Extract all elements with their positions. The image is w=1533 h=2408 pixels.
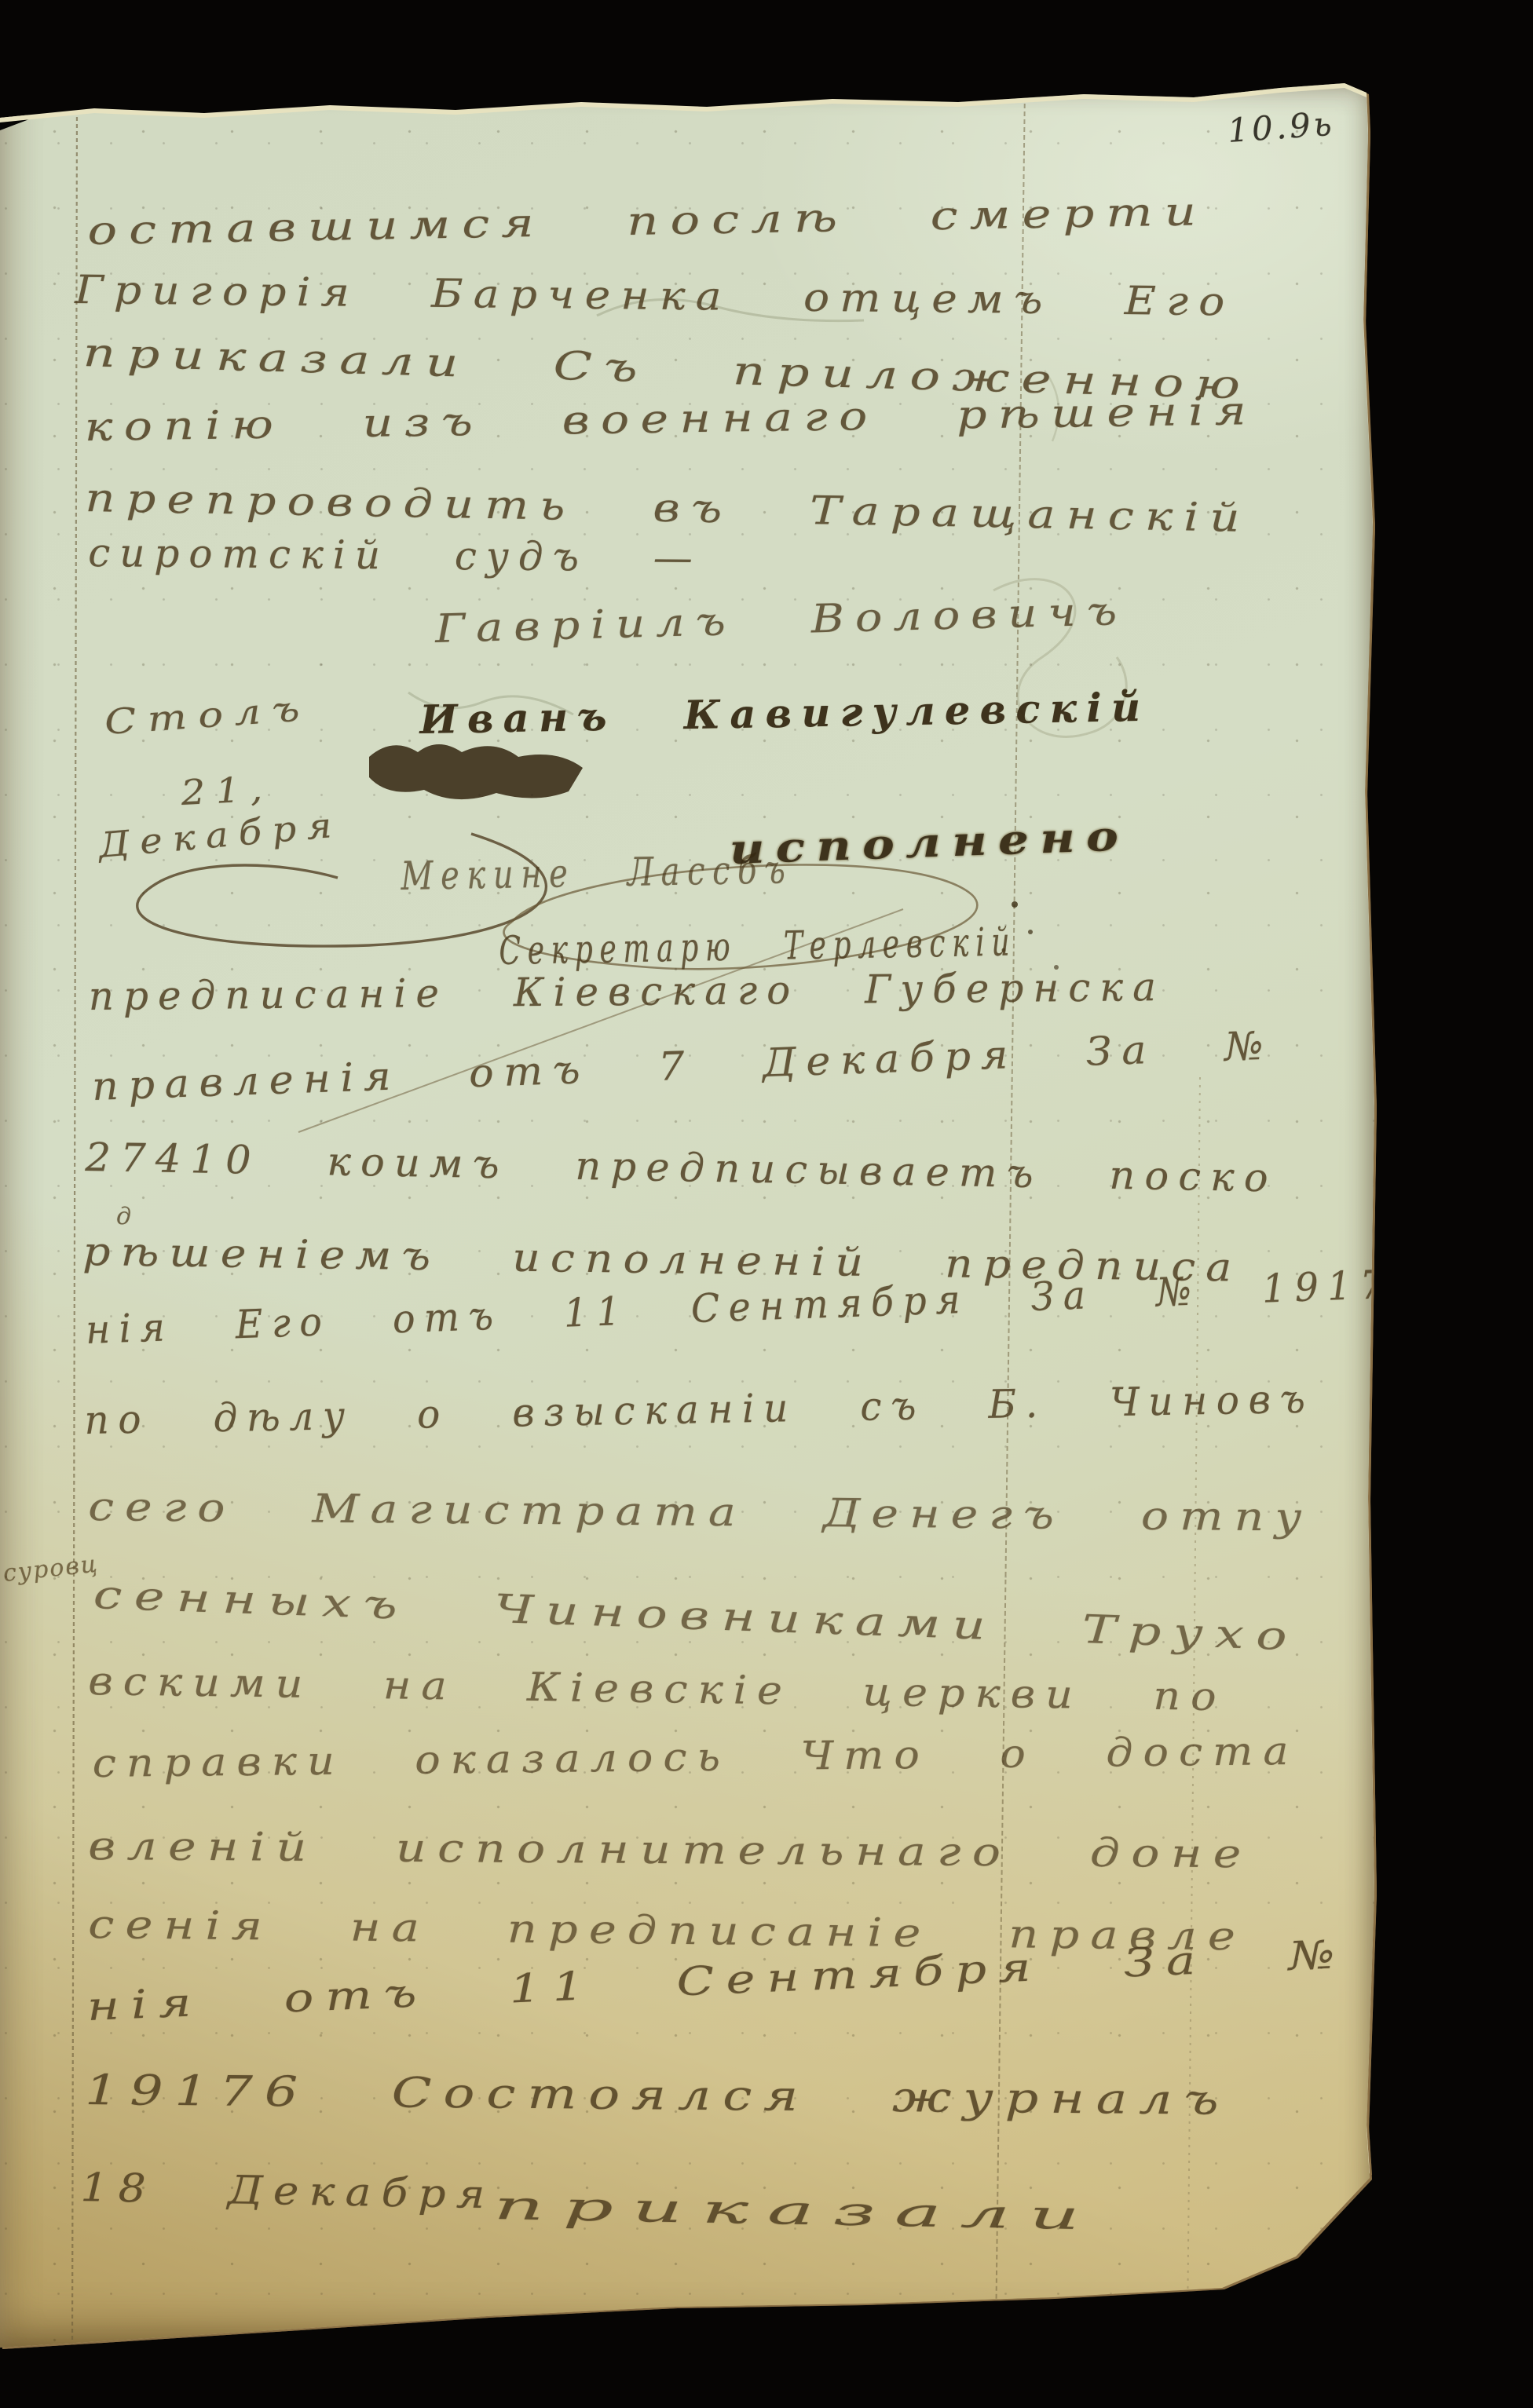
manuscript-line: правленія отъ 7 Декабря За № <box>91 1023 1274 1109</box>
manuscript-line: 19176 Состоялся журналъ <box>85 2066 1231 2125</box>
manuscript-line-resolution: приказали <box>493 2183 1099 2238</box>
manuscript-line: справки оказалось Что о доста <box>92 1728 1298 1786</box>
left-margin-rule <box>72 96 77 2348</box>
margin-insert-word: суровц <box>2 1550 100 1588</box>
signature-second: Иванъ Кавигулевскій <box>419 684 1151 743</box>
margin-note-line2: 21, <box>180 769 273 813</box>
interline-insert-mark: д <box>116 1203 133 1230</box>
photo-of-manuscript: 10.9ь оставшимся послѣ смерти Григорія Б… <box>0 0 1533 2408</box>
manuscript-line: сиротскій судъ — <box>88 530 702 581</box>
margin-note-line1: Столъ <box>103 689 312 743</box>
ink-spatter-dot <box>1028 930 1033 934</box>
folio-number: 10.9ь <box>1227 104 1336 150</box>
manuscript-line: оставшимся послѣ смерти <box>87 188 1208 254</box>
session-overwrite-annotation: исполнено <box>729 812 1130 874</box>
manuscript-line-date: 18 Декабря <box>80 2165 496 2217</box>
manuscript-line: по дѣлу о взысканіи съ Б. Чиновъ <box>84 1376 1315 1443</box>
manuscript-line: предписаніе Кіевскаго Губернска <box>88 964 1165 1019</box>
manuscript-page: 10.9ь оставшимся послѣ смерти Григорія Б… <box>0 88 1382 2349</box>
margin-note-line3: Декабря <box>97 805 344 866</box>
ink-spatter-dot <box>1012 901 1018 908</box>
signature-first: Гавріилъ Воловичъ <box>434 588 1128 652</box>
manuscript-line: Григорія Барченка отцемъ Его <box>75 267 1235 324</box>
manuscript-line: копію изъ военнаго рѣшенія <box>84 388 1257 450</box>
manuscript-line: вскими на Кіевскіе церкви по <box>88 1658 1227 1719</box>
manuscript-line: сего Магистрата Денегъ отпу <box>88 1484 1313 1540</box>
photo-corner-cut <box>0 102 75 130</box>
ink-blot <box>369 744 583 799</box>
manuscript-line: 27410 коимъ предписываетъ поско <box>85 1135 1278 1200</box>
manuscript-line: сенныхъ Чиновниками Трухо <box>93 1572 1300 1660</box>
manuscript-line: вленій исполнительнаго доне <box>88 1823 1253 1876</box>
paper-sheet-wrap: 10.9ь оставшимся послѣ смерти Григорія Б… <box>0 88 1394 2357</box>
